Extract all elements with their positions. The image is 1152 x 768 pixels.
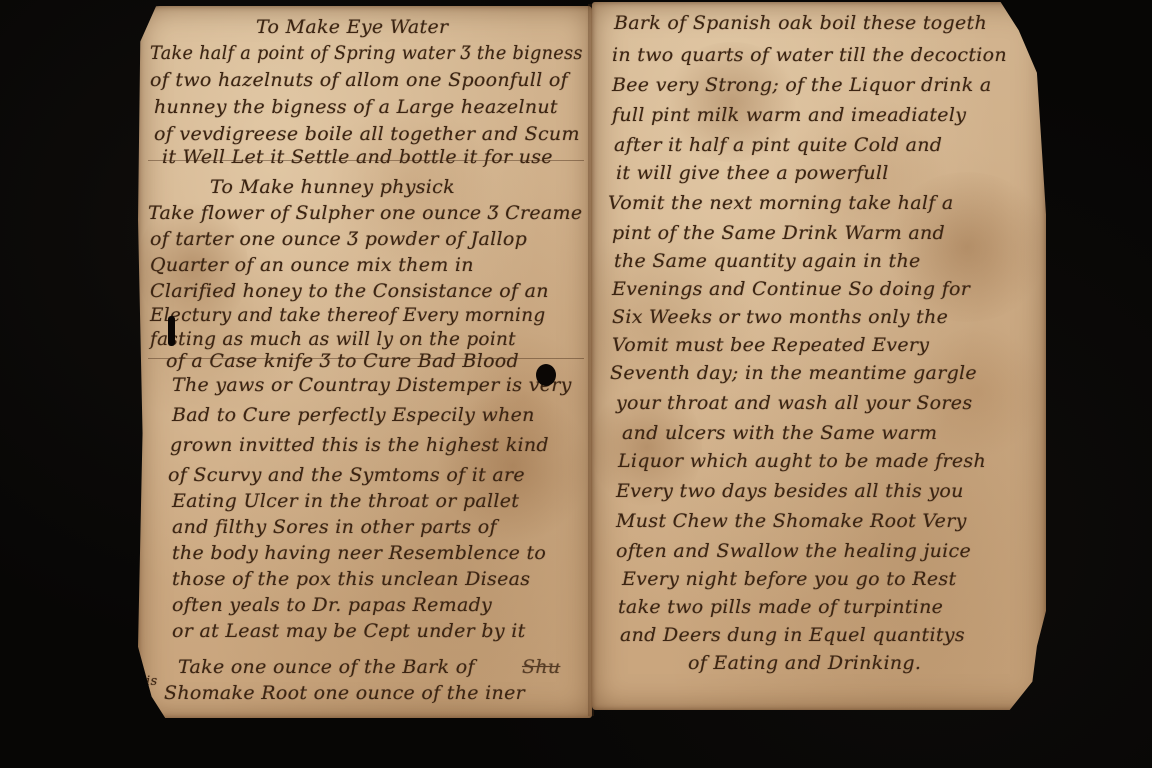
text-line: Must Chew the Shomake Root Very <box>616 510 967 532</box>
text-line: pint of the Same Drink Warm and <box>612 222 945 244</box>
right-page-text: Bark of Spanish oak boil these togeth in… <box>592 2 1046 710</box>
text-line: Eating Ulcer in the throat or pallet <box>172 490 519 512</box>
text-line: Quarter of an ounce mix them in <box>150 254 474 276</box>
text-line: of Scurvy and the Symtoms of it are <box>168 464 525 486</box>
text-line: Seventh day; in the meantime gargle <box>610 362 977 384</box>
text-line: often yeals to Dr. papas Remady <box>172 594 492 616</box>
text-line: hunney the bigness of a Large heazelnut <box>154 96 558 118</box>
text-line: often and Swallow the healing juice <box>616 540 971 562</box>
text-line: your throat and wash all your Sores <box>616 392 972 414</box>
text-line: Bee very Strong; of the Liquor drink a <box>612 74 992 96</box>
text-line: Take half a point of Spring water Ʒ the … <box>150 42 583 64</box>
text-line: Take flower of Sulpher one ounce Ʒ Cream… <box>148 202 582 224</box>
text-line: Vomit must bee Repeated Every <box>612 334 929 356</box>
text-line: Clarified honey to the Consistance of an <box>150 280 549 302</box>
text-line: Every two days besides all this you <box>616 480 964 502</box>
text-line: fasting as much as will ly on the point <box>150 328 516 350</box>
text-line: in two quarts of water till the decoctio… <box>612 44 1007 66</box>
struck-word: Shu <box>522 656 560 678</box>
text-line: of two hazelnuts of allom one Spoonfull … <box>150 69 568 91</box>
recipe-heading-eye-water: To Make Eye Water <box>256 16 448 38</box>
divider-rule <box>148 160 584 161</box>
text-line: or at Least may be Cept under by it <box>172 620 526 642</box>
text-line: and filthy Sores in other parts of <box>172 516 497 538</box>
text-line: Evenings and Continue So doing for <box>612 278 970 300</box>
left-page: To Make Eye Water Take half a point of S… <box>138 6 592 718</box>
text-line: the Same quantity again in the <box>614 250 921 272</box>
text-line: grown invitted this is the highest kind <box>170 434 549 456</box>
text-line: Electury and take thereof Every morning <box>150 304 545 326</box>
text-line: Bad to Cure perfectly Especily when <box>172 404 535 426</box>
text-line: Shomake Root one ounce of the iner <box>164 682 525 704</box>
text-line: the body having neer Resemblence to <box>172 542 546 564</box>
text-line: Bark of Spanish oak boil these togeth <box>614 12 987 34</box>
recipe-heading-hunney-physick: To Make hunney physick <box>210 176 455 198</box>
text-line: Liquor which aught to be made fresh <box>618 450 986 472</box>
text-line: full pint milk warm and imeadiately <box>612 104 966 126</box>
text-line: take two pills made of turpintine <box>618 596 943 618</box>
text-line: of tarter one ounce Ʒ powder of Jallop <box>150 228 527 250</box>
right-page: Bark of Spanish oak boil these togeth in… <box>592 2 1046 710</box>
text-line: Every night before you go to Rest <box>622 568 956 590</box>
ink-smudge <box>168 316 175 346</box>
text-line: Take one ounce of the Bark of <box>178 656 475 678</box>
text-line: it will give thee a powerfull <box>616 162 889 184</box>
left-page-text: To Make Eye Water Take half a point of S… <box>138 6 592 718</box>
ink-blot <box>536 364 556 386</box>
text-line: Vomit the next morning take half a <box>608 192 954 214</box>
text-line: The yaws or Countray Distemper is very <box>172 374 572 396</box>
text-line: of vevdigreese boile all together and Sc… <box>154 123 580 145</box>
text-line: those of the pox this unclean Diseas <box>172 568 530 590</box>
divider-rule <box>148 358 584 359</box>
text-line: of Eating and Drinking. <box>688 652 921 674</box>
text-line: of a Case knife Ʒ to Cure Bad Blood <box>166 350 519 372</box>
text-line: Six Weeks or two months only the <box>612 306 948 328</box>
text-line: and Deers dung in Equel quantitys <box>620 624 965 646</box>
text-line: and ulcers with the Same warm <box>622 422 937 444</box>
text-line: it Well Let it Settle and bottle it for … <box>162 146 553 168</box>
text-line: after it half a pint quite Cold and <box>614 134 942 156</box>
